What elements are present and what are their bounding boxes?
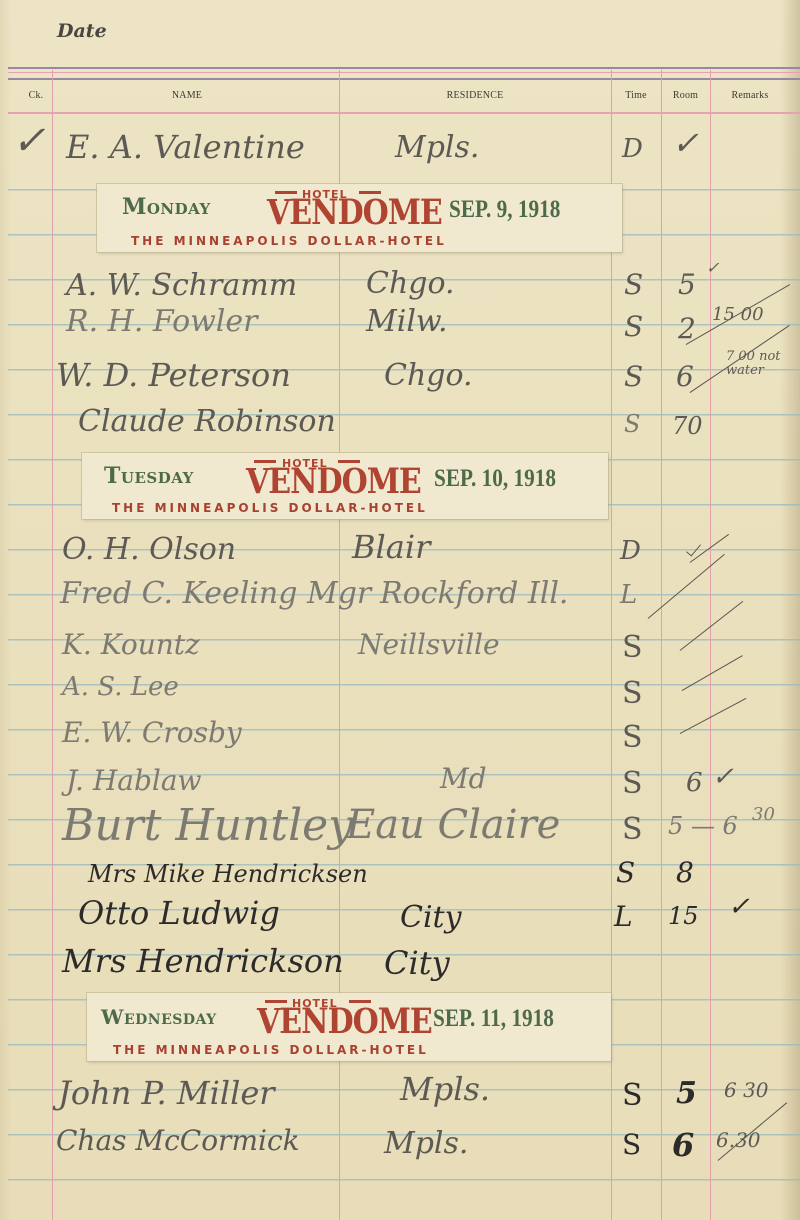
entry-residence: Mpls.	[395, 130, 479, 165]
entry-time: D	[622, 134, 643, 164]
banner-hotel-name: VENDOME	[246, 462, 421, 502]
header-rule-pink	[8, 72, 800, 73]
entry-room: 6	[672, 1126, 694, 1164]
banner-date: SEP. 9, 1918	[449, 196, 560, 224]
entry-residence: Mpls.	[400, 1070, 490, 1108]
entry-room: 15	[668, 902, 699, 930]
entry-time: S	[624, 268, 643, 301]
entry-residence: Eau Claire	[346, 802, 560, 848]
entry-room: 70	[672, 412, 703, 440]
entry-room: 5	[678, 268, 696, 301]
entry-time: S	[616, 856, 635, 889]
column-header-room: Room	[661, 90, 710, 101]
entry-name: O. H. Olson	[62, 532, 236, 567]
date-label: Date	[57, 20, 107, 42]
entry-remarks: ✓	[706, 258, 719, 277]
entry-name: Claude Robinson	[78, 404, 336, 439]
entry-room: 6	[686, 768, 703, 798]
entry-residence: Neillsville	[358, 628, 500, 661]
entry-name: A. W. Schramm	[66, 268, 297, 303]
entry-name: Chas McCormick	[56, 1124, 300, 1157]
entry-time: S	[622, 720, 643, 755]
column-divider-time	[661, 70, 662, 1220]
entry-name: A. S. Lee	[62, 672, 179, 702]
column-divider-room	[710, 70, 711, 1220]
column-header-remarks: Remarks	[710, 90, 790, 101]
entry-room: 8	[676, 856, 694, 889]
entry-name: E. W. Crosby	[62, 716, 242, 749]
entry-residence: Md	[440, 762, 487, 795]
header-rule-top	[8, 67, 800, 69]
entry-time: S	[622, 766, 643, 801]
entry-name: R. H. Fowler	[66, 304, 258, 339]
entry-room: 5	[676, 1076, 697, 1111]
entry-time: S	[624, 310, 643, 343]
entry-room: 6	[676, 360, 694, 393]
ledger-page: Date Ck. NAME RESIDENCE Time Room Remark…	[0, 0, 800, 1220]
entry-residence: Chgo.	[384, 358, 473, 393]
banner-tagline: THE MINNEAPOLIS DOLLAR-HOTEL	[131, 234, 447, 248]
entry-remarks: 30	[752, 804, 775, 825]
entry-name: John P. Miller	[58, 1074, 275, 1112]
entry-residence: Blair	[352, 528, 430, 566]
entry-time: S	[622, 812, 643, 847]
banner-date: SEP. 11, 1918	[433, 1005, 554, 1033]
banner-day: Tuesday	[104, 463, 194, 489]
entry-room: 5 — 6	[668, 812, 738, 840]
entry-remarks: ✓	[728, 892, 750, 922]
check-mark: ✓	[12, 118, 46, 164]
entry-residence: Rockford Ill.	[380, 576, 568, 611]
entry-name: Otto Ludwig	[78, 894, 280, 932]
banner-day: Wednesday	[101, 1005, 217, 1029]
banner-hotel-name: VENDOME	[257, 1002, 432, 1042]
entry-time: S	[624, 360, 643, 393]
entry-time: L	[614, 900, 633, 933]
entry-room: ✓	[672, 124, 699, 162]
banner-hotel-name: VENDOME	[267, 193, 442, 233]
entry-remarks: ✓	[712, 762, 734, 792]
entry-name: Mrs Mike Hendricksen	[88, 860, 368, 888]
entry-time: S	[622, 676, 643, 711]
entry-name: Burt Huntley	[62, 800, 353, 851]
entry-name: W. D. Peterson	[56, 356, 291, 394]
entry-residence: Mpls.	[384, 1126, 468, 1161]
entry-time: S	[622, 1078, 643, 1113]
date-banner-tuesday: Tuesday HOTEL VENDOME SEP. 10, 1918 THE …	[82, 453, 608, 519]
column-header-residence: RESIDENCE	[339, 90, 611, 101]
entry-name: K. Kountz	[62, 628, 200, 661]
entry-residence: City	[384, 944, 450, 982]
banner-tagline: THE MINNEAPOLIS DOLLAR-HOTEL	[112, 501, 428, 515]
banner-date: SEP. 10, 1918	[434, 465, 556, 493]
banner-day: Monday	[122, 194, 211, 220]
column-divider-ck	[52, 70, 53, 1220]
header-rule-second	[8, 78, 800, 80]
entry-remarks: 7 00 not water	[726, 350, 798, 378]
entry-residence: Chgo.	[366, 266, 455, 301]
entry-remarks: 6.30	[716, 1128, 761, 1152]
entry-time: S	[624, 410, 640, 438]
entry-name: E. A. Valentine	[66, 128, 305, 166]
entry-residence: Milw.	[366, 304, 448, 339]
entry-remarks: 6 30	[724, 1078, 769, 1102]
column-header-time: Time	[611, 90, 661, 101]
entry-residence: City	[400, 900, 462, 935]
entry-time: S	[622, 1128, 641, 1161]
entry-name: Mrs Hendrickson	[62, 942, 344, 980]
column-header-ck: Ck.	[20, 90, 52, 101]
entry-time: S	[622, 630, 643, 665]
column-header-name: NAME	[52, 90, 322, 101]
banner-tagline: THE MINNEAPOLIS DOLLAR-HOTEL	[113, 1043, 429, 1057]
entry-name: J. Hablaw	[66, 764, 202, 797]
date-banner-monday: Monday HOTEL VENDOME SEP. 9, 1918 THE MI…	[97, 184, 622, 252]
entry-name: Fred C. Keeling Mgr	[60, 576, 371, 611]
header-rule-bottom	[8, 112, 800, 114]
date-banner-wednesday: Wednesday HOTEL VENDOME SEP. 11, 1918 TH…	[87, 993, 611, 1061]
entry-time: D	[620, 536, 641, 566]
entry-time: L	[620, 580, 637, 610]
